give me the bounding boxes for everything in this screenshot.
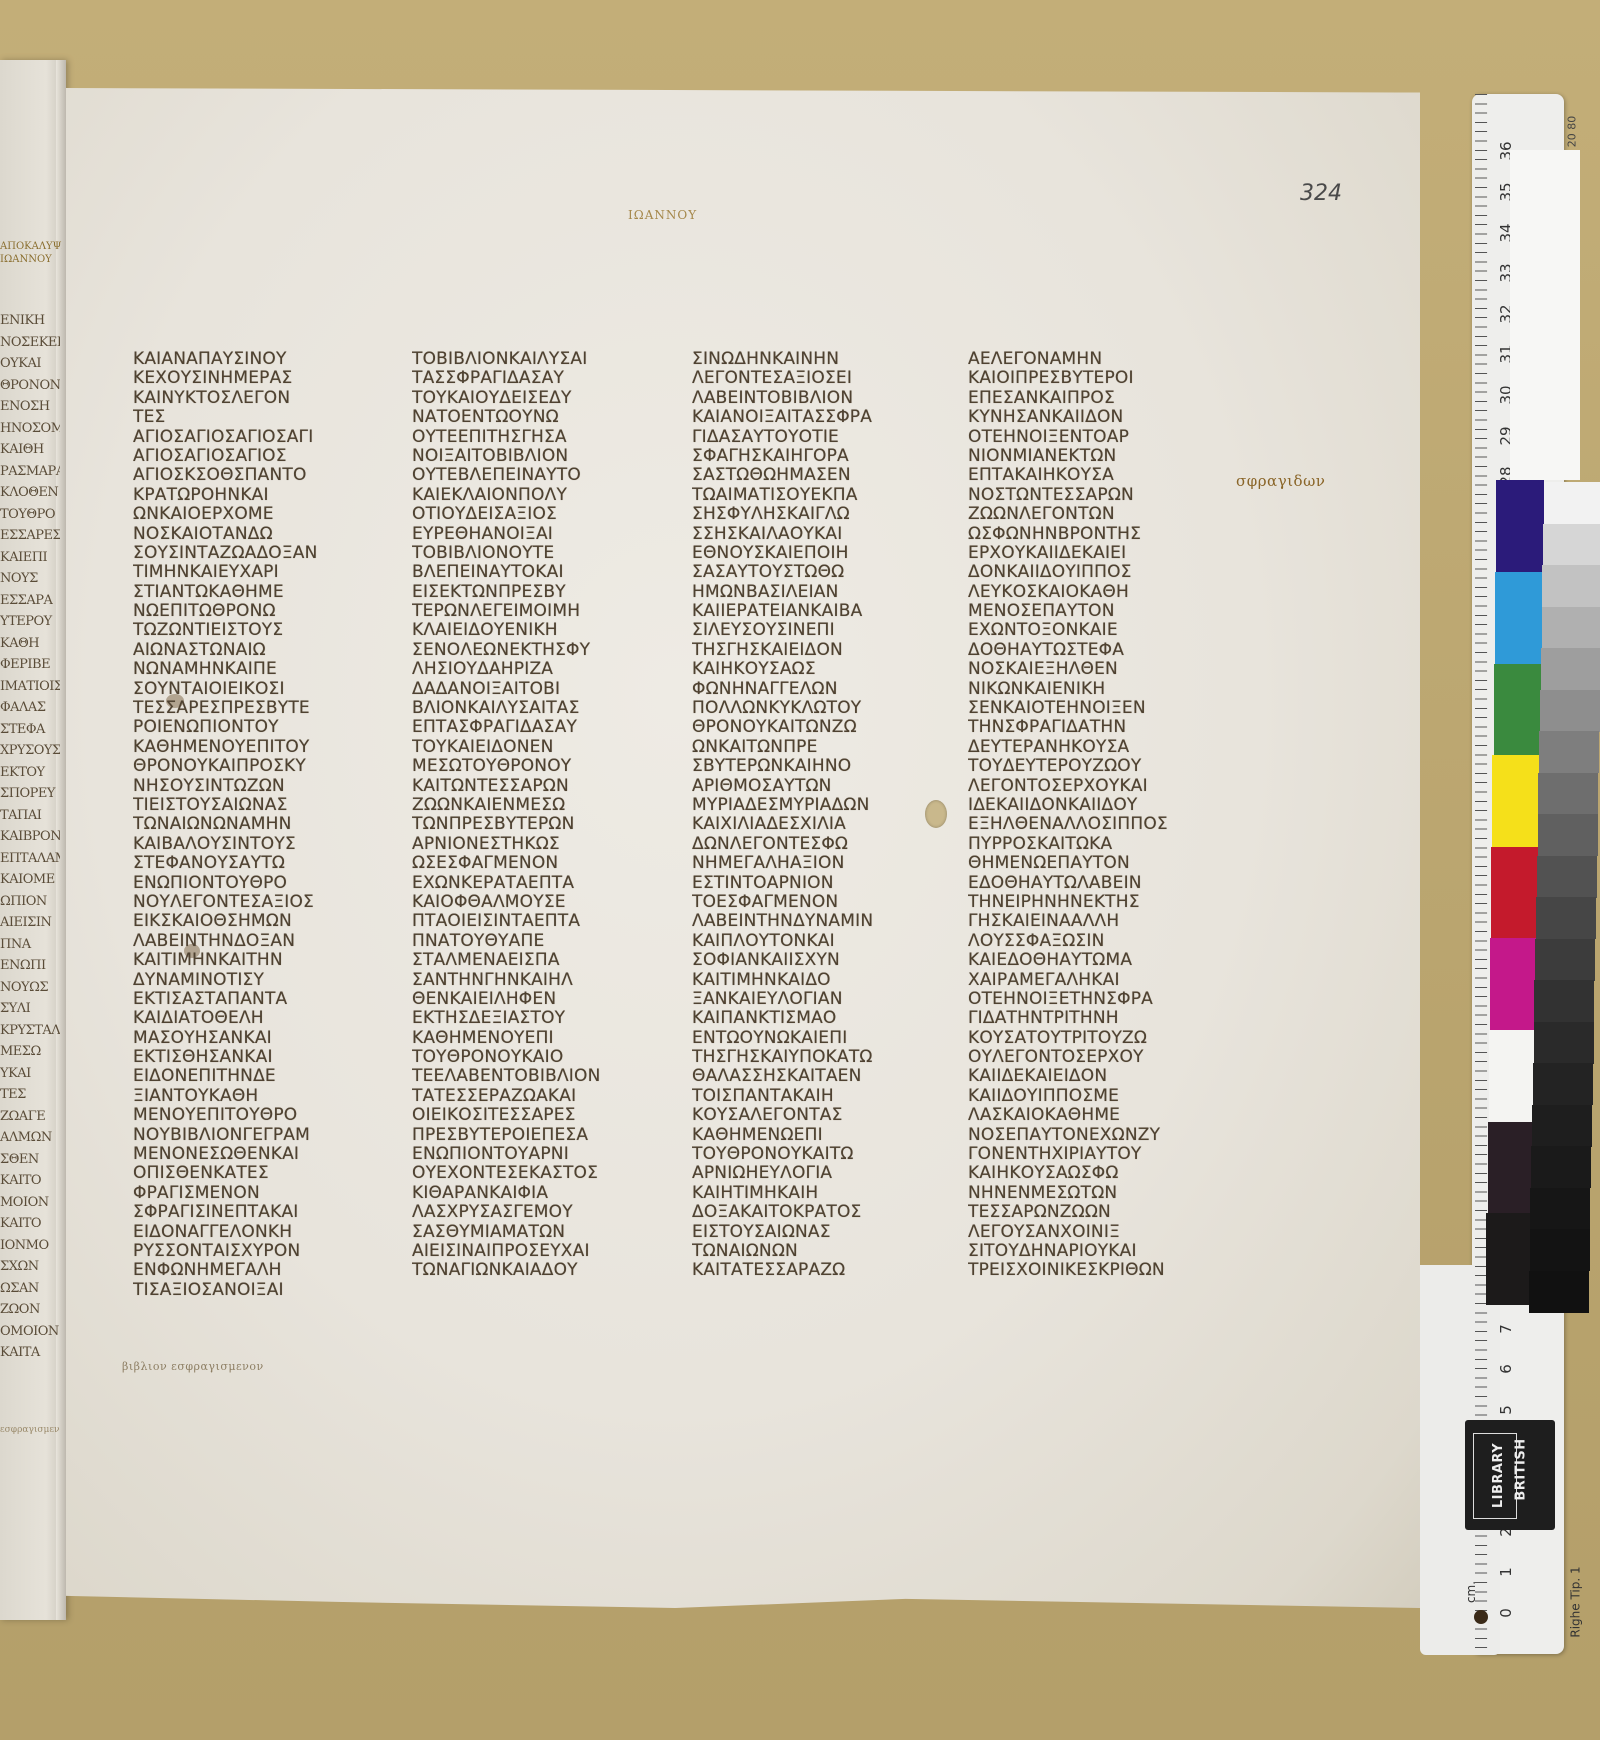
color-patch <box>1496 480 1544 572</box>
text-line: ΦΩΝΗΝΑΓΓΕΛΩΝ <box>692 680 932 699</box>
text-line: ΡΟΙΕΝΩΠΙΟΝΤΟΥ <box>133 718 363 737</box>
text-line: ΝΑΤΟΕΝΤΩΟΥΝΩ <box>412 408 652 427</box>
facing-text-line: ΦΑΛΑΣ <box>0 697 60 719</box>
text-line: ΕΚΤΗΣΔΕΞΙΑΣΤΟΥ <box>412 1009 652 1028</box>
text-line: ΜΕΣΩΤΟΥΘΡΟΝΟΥ <box>412 757 652 776</box>
gray-step <box>1529 1271 1589 1313</box>
facing-text-line: ΥΚΑΙ <box>0 1063 60 1085</box>
facing-text-line: ΘΡΟΝΟΝ <box>0 375 60 397</box>
text-line: ΚΑΙΟΦΘΑΛΜΟΥΣΕ <box>412 893 652 912</box>
text-column-3: ΣΙΝΩΔΗΝΚΑΙΝΗΝΛΕΓΟΝΤΕΣΑΞΙΟΣΕΙΛΑΒΕΙΝΤΟΒΙΒΛ… <box>692 350 932 1281</box>
text-line: ΚΑΙΙΕΡΑΤΕΙΑΝΚΑΙΒΑ <box>692 602 932 621</box>
facing-text-line: ΕΣΣΑΡΑ <box>0 590 60 612</box>
ruler-number: 0 <box>1497 1599 1515 1627</box>
text-line: ΤΩΑΙΜΑΤΙΣΟΥΕΚΠΑ <box>692 486 932 505</box>
text-line: ΣΙΛΕΥΣΟΥΣΙΝΕΠΙ <box>692 621 932 640</box>
text-line: ΤΩΝΑΙΩΝΩΝΑΜΗΝ <box>133 815 363 834</box>
text-line: ΔΕΥΤΕΡΑΝΗΚΟΥΣΑ <box>968 738 1208 757</box>
facing-text-line: ΚΑΙΤΟ <box>0 1213 60 1235</box>
color-patch <box>1491 847 1539 939</box>
text-line: ΕΧΩΝΚΕΡΑΤΑΕΠΤΑ <box>412 874 652 893</box>
ruler-corner-label: 20 80 <box>1565 116 1578 148</box>
text-line: ΟΥΤΕΕΠΙΤΗΣΓΗΣΑ <box>412 428 652 447</box>
text-line: ΚΑΙΝΥΚΤΟΣΛΕΓΟΝ <box>133 389 363 408</box>
text-line: ΚΑΙΤΑΤΕΣΣΑΡΑΖΩ <box>692 1261 932 1280</box>
facing-text-line: ΕΝΩΠΙ <box>0 955 60 977</box>
text-line: ΑΕΛΕΓΟΝΑΜΗΝ <box>968 350 1208 369</box>
facing-text-line: ΜΟΙΟΝ <box>0 1192 60 1214</box>
text-line: ΣΟΥΣΙΝΤΑΖΩΑΔΟΞΑΝ <box>133 544 363 563</box>
text-line: ΝΟΣΚΑΙΕΞΗΛΘΕΝ <box>968 660 1208 679</box>
text-line: ΕΝΦΩΝΗΜΕΓΑΛΗ <box>133 1261 363 1280</box>
facing-text-line: ΚΑΙΤΟ <box>0 1170 60 1192</box>
text-line: ΛΑΣΚΑΙΟΚΑΘΗΜΕ <box>968 1106 1208 1125</box>
text-line: ΣΤΕΦΑΝΟΥΣΑΥΤΩ <box>133 854 363 873</box>
text-line: ΔΥΝΑΜΙΝΟΤΙΣΥ <box>133 971 363 990</box>
secondary-ruler-label: Righe Tip. 1 <box>1569 1566 1583 1637</box>
gray-step <box>1540 690 1600 732</box>
text-line: ΚΑΙΧΙΛΙΑΔΕΣΧΙΛΙΑ <box>692 815 932 834</box>
facing-text-line: ΚΑΘΗ <box>0 633 60 655</box>
text-line: ΤΩΝΑΙΩΝΩΝ <box>692 1242 932 1261</box>
text-line: ΠΡΕΣΒΥΤΕΡΟΙΕΠΕΣΑ <box>412 1126 652 1145</box>
text-line: ΖΩΩΝΚΑΙΕΝΜΕΣΩ <box>412 796 652 815</box>
text-line: ΤΑΤΕΣΣΕΡΑΖΩΑΚΑΙ <box>412 1087 652 1106</box>
text-line: ΟΤΕΗΝΟΙΞΕΤΗΝΣΦΡΑ <box>968 990 1208 1009</box>
text-line: ΟΤΕΗΝΟΙΞΕΝΤΟΑΡ <box>968 428 1208 447</box>
text-line: ΣΦΑΓΗΣΚΑΙΗΓΟΡΑ <box>692 447 932 466</box>
facing-text-line: ΚΑΙΤΑ <box>0 1342 60 1364</box>
text-line: ΑΙΩΝΑΣΤΩΝΑΙΩ <box>133 641 363 660</box>
text-line: ΚΑΙΤΙΜΗΝΚΑΙΔΟ <box>692 971 932 990</box>
text-line: ΕΝΩΠΙΟΝΤΟΥΘΡΟ <box>133 874 363 893</box>
text-line: ΕΠΤΑΚΑΙΗΚΟΥΣΑ <box>968 466 1208 485</box>
text-line: ΣΟΦΙΑΝΚΑΙΙΣΧΥΝ <box>692 951 932 970</box>
facing-text-line: ΟΜΟΙΟΝ <box>0 1321 60 1343</box>
facing-text-line: ΑΙΕΙΣΙΝ <box>0 912 60 934</box>
text-line: ΝΗΣΟΥΣΙΝΤΩΖΩΝ <box>133 777 363 796</box>
text-line: ΝΙΟΝΜΙΑΝΕΚΤΩΝ <box>968 447 1208 466</box>
text-line: ΔΟΝΚΑΙΙΔΟΥΙΠΠΟΣ <box>968 563 1208 582</box>
facing-text-line: ΩΠΙΟΝ <box>0 891 60 913</box>
gray-step <box>1535 939 1595 981</box>
text-line: ΩΝΚΑΙΟΕΡΧΟΜΕ <box>133 505 363 524</box>
text-line: ΑΡΝΙΟΝΕΣΤΗΚΩΣ <box>412 835 652 854</box>
facing-text-line: ΕΝΙΚΗ <box>0 310 60 332</box>
text-line: ΑΓΙΟΣΑΓΙΟΣΑΓΙΟΣΑΓΙ <box>133 428 363 447</box>
text-line: ΚΟΥΣΑΤΟΥΤΡΙΤΟΥΖΩ <box>968 1029 1208 1048</box>
text-line: ΛΕΓΟΥΣΑΝΧΟΙΝΙΞ <box>968 1223 1208 1242</box>
text-line: ΜΕΝΟΣΕΠΑΥΤΟΝ <box>968 602 1208 621</box>
text-line: ΚΑΙΤΩΝΤΕΣΣΑΡΩΝ <box>412 777 652 796</box>
text-line: ΘΡΟΝΟΥΚΑΙΤΩΝΖΩ <box>692 718 932 737</box>
text-line: ΝΗΝΕΝΜΕΣΩΤΩΝ <box>968 1184 1208 1203</box>
text-line: ΤΟΥΚΑΙΟΥΔΕΙΣΕΔΥ <box>412 389 652 408</box>
text-line: ΤΗΣΓΗΣΚΑΙΕΙΔΟΝ <box>692 641 932 660</box>
text-line: ΘΡΟΝΟΥΚΑΙΠΡΟΣΚΥ <box>133 757 363 776</box>
text-line: ΝΟΣΕΠΑΥΤΟΝΕΧΩΝΖΥ <box>968 1126 1208 1145</box>
text-line: ΕΙΚΣΚΑΙΟΘΣΗΜΩΝ <box>133 912 363 931</box>
text-line: ΕΙΔΟΝΕΠΙΤΗΝΔΕ <box>133 1067 363 1086</box>
text-line: ΝΟΣΚΑΙΟΤΑΝΔΩ <box>133 525 363 544</box>
text-line: ΕΙΣΕΚΤΩΝΠΡΕΣΒΥ <box>412 583 652 602</box>
facing-text-line: ΕΝΟΣΗ <box>0 396 60 418</box>
text-line: ΕΧΩΝΤΟΞΟΝΚΑΙΕ <box>968 621 1208 640</box>
text-line: ΚΑΙΤΙΜΗΝΚΑΙΤΗΝ <box>133 951 363 970</box>
text-line: ΑΓΙΟΣΑΓΙΟΣΑΓΙΟΣ <box>133 447 363 466</box>
gray-step <box>1534 980 1594 1022</box>
gray-step <box>1541 648 1600 690</box>
text-line: ΕΥΡΕΘΗΑΝΟΙΞΑΙ <box>412 525 652 544</box>
gray-step <box>1542 565 1600 607</box>
text-line: ΑΙΕΙΣΙΝΑΙΠΡΟΣΕΥΧΑΙ <box>412 1242 652 1261</box>
gray-step <box>1530 1229 1590 1271</box>
facing-text-line: ΜΕΣΩ <box>0 1041 60 1063</box>
text-line: ΣΑΝΤΗΝΓΗΝΚΑΙΗΛ <box>412 971 652 990</box>
text-line: ΣΕΝΟΛΕΩΝΕΚΤΗΣΦΥ <box>412 641 652 660</box>
text-line: ΚΑΙΕΚΛΑΙΟΝΠΟΛΥ <box>412 486 652 505</box>
text-line: ΛΕΓΟΝΤΟΣΕΡΧΟΥΚΑΙ <box>968 777 1208 796</box>
text-line: ΚΡΑΤΩΡΟΗΝΚΑΙ <box>133 486 363 505</box>
text-line: ΛΑΣΧΡΥΣΑΣΓΕΜΟΥ <box>412 1203 652 1222</box>
text-line: ΚΑΘΗΜΕΝΟΥΕΠΙ <box>412 1029 652 1048</box>
text-line: ΚΙΘΑΡΑΝΚΑΙΦΙΑ <box>412 1184 652 1203</box>
text-line: ΔΑΔΑΝΟΙΞΑΙΤΟΒΙ <box>412 680 652 699</box>
text-line: ΤΕΡΩΝΛΕΓΕΙΜΟΙΜΗ <box>412 602 652 621</box>
text-line: ΣΤΑΛΜΕΝΑΕΙΣΠΑ <box>412 951 652 970</box>
gray-step <box>1542 607 1600 649</box>
text-line: ΒΛΙΟΝΚΑΙΛΥΣΑΙΤΑΣ <box>412 699 652 718</box>
gray-step <box>1539 731 1599 773</box>
text-line: ΣΟΥΝΤΑΙΟΙΕΙΚΟΣΙ <box>133 680 363 699</box>
gray-step <box>1531 1146 1591 1188</box>
text-line: ΚΑΙΑΝΟΙΞΑΙΤΑΣΣΦΡΑ <box>692 408 932 427</box>
text-line: ΕΠΕΣΑΝΚΑΙΠΡΟΣ <box>968 389 1208 408</box>
text-line: ΚΑΙΔΙΑΤΟΘΕΛΗ <box>133 1009 363 1028</box>
facing-text-line: ΝΟΥΣ <box>0 568 60 590</box>
facing-page: ΑΠΟΚΑΛΥΨΙΣ ΙΩΑΝΝΟΥ ΕΝΙΚΗΝΟΣΕΚΕΙΟΥΚΑΙΘΡΟΝ… <box>0 60 66 1620</box>
facing-text-line: ΕΚΤΟΥ <box>0 762 60 784</box>
facing-text-line: ΗΝΟΣΟΜΟ <box>0 418 60 440</box>
text-line: ΝΟΙΞΑΙΤΟΒΙΒΛΙΟΝ <box>412 447 652 466</box>
text-line: ΤΩΝΑΓΙΩΝΚΑΙΑΔΟΥ <box>412 1261 652 1280</box>
facing-text-line: ΚΡΥΣΤΑΛ <box>0 1020 60 1042</box>
text-line: ΧΑΙΡΑΜΕΓΑΛΗΚΑΙ <box>968 971 1208 990</box>
facing-text-line: ΩΣΑΝ <box>0 1278 60 1300</box>
text-line: ΚΑΙΙΔΟΥΙΠΠΟΣΜΕ <box>968 1087 1208 1106</box>
text-column-1: ΚΑΙΑΝΑΠΑΥΣΙΝΟΥΚΕΧΟΥΣΙΝΗΜΕΡΑΣΚΑΙΝΥΚΤΟΣΛΕΓ… <box>133 350 363 1300</box>
facing-text-line: ΚΛΟΘΕΝ <box>0 482 60 504</box>
text-line: ΕΔΟΘΗΑΥΤΩΛΑΒΕΙΝ <box>968 874 1208 893</box>
text-line: ΞΙΑΝΤΟΥΚΑΘΗ <box>133 1087 363 1106</box>
text-line: ΗΜΩΝΒΑΣΙΛΕΙΑΝ <box>692 583 932 602</box>
text-line: ΣΣΗΣΚΑΙΛΑΟΥΚΑΙ <box>692 525 932 544</box>
text-line: ΠΥΡΡΟΣΚΑΙΤΩΚΑ <box>968 835 1208 854</box>
text-line: ΝΟΣΤΩΝΤΕΣΣΑΡΩΝ <box>968 486 1208 505</box>
facing-text-line: ΥΤΕΡΟΥ <box>0 611 60 633</box>
text-line: ΚΑΘΗΜΕΝΟΥΕΠΙΤΟΥ <box>133 738 363 757</box>
facing-text-line: ΤΑΠΑΙ <box>0 805 60 827</box>
text-line: ΕΝΤΩΟΥΝΩΚΑΙΕΠΙ <box>692 1029 932 1048</box>
white-reference-strip <box>1510 150 1580 480</box>
facing-text-line: ΙΟΝΜΟ <box>0 1235 60 1257</box>
text-line: ΜΕΝΟΝΕΣΩΘΕΝΚΑΙ <box>133 1145 363 1164</box>
facing-text-line: ΤΟΥΘΡΟ <box>0 504 60 526</box>
facing-text-line: ΣΧΩΝ <box>0 1256 60 1278</box>
gray-step <box>1538 814 1598 856</box>
text-line: ΜΥΡΙΑΔΕΣΜΥΡΙΑΔΩΝ <box>692 796 932 815</box>
text-line: ΚΑΙΒΑΛΟΥΣΙΝΤΟΥΣ <box>133 835 363 854</box>
facing-text-line: ΣΥΛΙ <box>0 998 60 1020</box>
text-line: ΤΙΣΑΞΙΟΣΑΝΟΙΞΑΙ <box>133 1281 363 1300</box>
text-line: ΤΟΥΘΡΟΝΟΥΚΑΙΟ <box>412 1048 652 1067</box>
text-line: ΤΙΜΗΝΚΑΙΕΥΧΑΡΙ <box>133 563 363 582</box>
facing-text-line: ΙΜΑΤΙΟΙΣ <box>0 676 60 698</box>
facing-text-line: ΕΠΤΑΛΑΜ <box>0 848 60 870</box>
text-line: ΝΟΥΛΕΓΟΝΤΕΣΑΞΙΟΣ <box>133 893 363 912</box>
text-line: ΑΡΝΙΩΗΕΥΛΟΓΙΑ <box>692 1164 932 1183</box>
text-column-2: ΤΟΒΙΒΛΙΟΝΚΑΙΛΥΣΑΙΤΑΣΣΦΡΑΓΙΔΑΣΑΥΤΟΥΚΑΙΟΥΔ… <box>412 350 652 1281</box>
text-line: ΤΗΝΣΦΡΑΓΙΔΑΤΗΝ <box>968 718 1208 737</box>
text-line: ΞΑΝΚΑΙΕΥΛΟΓΙΑΝ <box>692 990 932 1009</box>
text-line: ΤΟΥΘΡΟΝΟΥΚΑΙΤΩ <box>692 1145 932 1164</box>
facing-text-line: ΝΟΣΕΚΕΙ <box>0 332 60 354</box>
tag-text-library: LIBRARY <box>1491 1443 1506 1508</box>
text-line: ΣΙΝΩΔΗΝΚΑΙΝΗΝ <box>692 350 932 369</box>
text-line: ΓΟΝΕΝΤΗΧΙΡΙΑΥΤΟΥ <box>968 1145 1208 1164</box>
gray-step <box>1544 482 1600 524</box>
footnote-annotation: βιβλιον εσφραγισμενον <box>122 1360 264 1373</box>
text-line: ΤΕΕΛΑΒΕΝΤΟΒΙΒΛΙΟΝ <box>412 1067 652 1086</box>
text-line: ΩΣΕΣΦΑΓΜΕΝΟΝ <box>412 854 652 873</box>
text-line: ΝΟΥΒΙΒΛΙΟΝΓΕΓΡΑΜ <box>133 1126 363 1145</box>
text-line: ΟΙΕΙΚΟΣΙΤΕΣΣΑΡΕΣ <box>412 1106 652 1125</box>
text-line: ΕΞΗΛΘΕΝΑΛΛΟΣΙΠΠΟΣ <box>968 815 1208 834</box>
text-line: ΛΑΒΕΙΝΤΗΝΔΟΞΑΝ <box>133 932 363 951</box>
margin-annotation: σφραγιδων <box>1236 472 1325 490</box>
text-line: ΤΙΕΙΣΤΟΥΣΑΙΩΝΑΣ <box>133 796 363 815</box>
facing-text-line: ΝΟΥΩΣ <box>0 977 60 999</box>
facing-text-line: ΤΕΣ <box>0 1084 60 1106</box>
color-patch <box>1489 1030 1537 1122</box>
text-line: ΤΗΣΓΗΣΚΑΙΥΠΟΚΑΤΩ <box>692 1048 932 1067</box>
text-line: ΑΓΙΟΣΚΣΟΘΣΠΑΝΤΟ <box>133 466 363 485</box>
ruler-number: 7 <box>1497 1315 1515 1343</box>
facing-text-line: ΠΝΑ <box>0 934 60 956</box>
text-line: ΤΡΕΙΣΧΟΙΝΙΚΕΣΚΡΙΘΩΝ <box>968 1261 1208 1280</box>
ruler-hole <box>1474 1610 1488 1624</box>
text-line: ΜΑΣΟΥΗΣΑΝΚΑΙ <box>133 1029 363 1048</box>
text-line: ΚΑΙΙΔΕΚΑΙΕΙΔΟΝ <box>968 1067 1208 1086</box>
facing-text-line: ΣΤΕΦΑ <box>0 719 60 741</box>
facing-text-line: ΣΠΟΡΕΥ <box>0 783 60 805</box>
text-line: ΕΝΩΠΙΟΝΤΟΥΑΡΝΙ <box>412 1145 652 1164</box>
text-line: ΛΑΒΕΙΝΤΟΒΙΒΛΙΟΝ <box>692 389 932 408</box>
gray-step <box>1537 856 1597 898</box>
text-line: ΣΕΝΚΑΙΟΤΕΗΝΟΙΞΕΝ <box>968 699 1208 718</box>
running-title: ΙΩΑΝΝΟΥ <box>628 208 697 222</box>
color-patch <box>1486 1213 1534 1305</box>
gray-step <box>1533 1063 1593 1105</box>
gray-step <box>1532 1105 1592 1147</box>
text-line: ΚΑΙΗΤΙΜΗΚΑΙΗ <box>692 1184 932 1203</box>
color-patch <box>1495 572 1543 664</box>
color-patch <box>1488 1122 1536 1214</box>
facing-text-line: ΡΑΣΜΑΡΑ <box>0 461 60 483</box>
text-line: ΙΔΕΚΑΙΙΔΟΝΚΑΙΙΔΟΥ <box>968 796 1208 815</box>
text-line: ΛΑΒΕΙΝΤΗΝΔΥΝΑΜΙΝ <box>692 912 932 931</box>
text-line: ΤΕΣ <box>133 408 363 427</box>
text-line: ΝΗΜΕΓΑΛΗΑΞΙΟΝ <box>692 854 932 873</box>
color-patch <box>1490 938 1538 1030</box>
text-line: ΕΘΝΟΥΣΚΑΙΕΠΟΙΗ <box>692 544 932 563</box>
text-line: ΟΥΕΧΟΝΤΕΣΕΚΑΣΤΟΣ <box>412 1164 652 1183</box>
text-line: ΑΡΙΘΜΟΣΑΥΤΩΝ <box>692 777 932 796</box>
facing-text-line: ΖΩΟΝ <box>0 1299 60 1321</box>
text-line: ΕΙΣΤΟΥΣΑΙΩΝΑΣ <box>692 1223 932 1242</box>
text-line: ΔΟΘΗΑΥΤΩΣΤΕΦΑ <box>968 641 1208 660</box>
text-line: ΜΕΝΟΥΕΠΙΤΟΥΘΡΟ <box>133 1106 363 1125</box>
text-line: ΩΣΦΩΝΗΝΒΡΟΝΤΗΣ <box>968 525 1208 544</box>
text-line: ΣΑΣΘΥΜΙΑΜΑΤΩΝ <box>412 1223 652 1242</box>
facing-text-line: ΚΑΙΕΠΙ <box>0 547 60 569</box>
facing-text-line: ΦΕΡΙΒΕ <box>0 654 60 676</box>
text-line: ΒΛΕΠΕΙΝΑΥΤΟΚΑΙ <box>412 563 652 582</box>
text-line: ΕΡΧΟΥΚΑΙΙΔΕΚΑΙΕΙ <box>968 544 1208 563</box>
text-line: ΘΕΝΚΑΙΕΙΛΗΦΕΝ <box>412 990 652 1009</box>
text-line: ΓΙΔΑΣΑΥΤΟΥΟΤΙΕ <box>692 428 932 447</box>
text-line: ΣΤΙΑΝΤΩΚΑΘΗΜΕ <box>133 583 363 602</box>
text-line: ΡΥΣΣΟΝΤΑΙΣΧΥΡΟΝ <box>133 1242 363 1261</box>
text-line: ΣΑΣΑΥΤΟΥΣΤΩΘΩ <box>692 563 932 582</box>
color-patch <box>1494 664 1542 756</box>
text-line: ΟΥΛΕΓΟΝΤΟΣΕΡΧΟΥ <box>968 1048 1208 1067</box>
text-line: ΟΠΙΣΘΕΝΚΑΤΕΣ <box>133 1164 363 1183</box>
facing-text-line: ΕΣΣΑΡΕΣ <box>0 525 60 547</box>
facing-text-line: ΚΑΙΟΜΕ <box>0 869 60 891</box>
ruler-number: 6 <box>1497 1355 1515 1383</box>
ruler-number: 1 <box>1497 1558 1515 1586</box>
gray-step <box>1534 1022 1594 1064</box>
text-line: ΛΟΥΣΣΦΑΞΩΣΙΝ <box>968 932 1208 951</box>
facing-text-line: ΧΡΥΣΟΥΣ <box>0 740 60 762</box>
text-line: ΚΑΙΗΚΟΥΣΑΩΣ <box>692 660 932 679</box>
text-line: ΤΑΣΣΦΡΑΓΙΔΑΣΑΥ <box>412 369 652 388</box>
text-line: ΤΗΝΕΙΡΗΝΗΝΕΚΤΗΣ <box>968 893 1208 912</box>
text-line: ΤΕΣΣΑΡΕΣΠΡΕΣΒΥΤΕ <box>133 699 363 718</box>
text-line: ΤΟΒΙΒΛΙΟΝΟΥΤΕ <box>412 544 652 563</box>
text-line: ΩΝΚΑΙΤΩΝΠΡΕ <box>692 738 932 757</box>
text-line: ΟΥΤΕΒΛΕΠΕΙΝΑΥΤΟ <box>412 466 652 485</box>
facing-text-line: ΚΑΙΘΗ <box>0 439 60 461</box>
text-line: ΤΩΝΠΡΕΣΒΥΤΕΡΩΝ <box>412 815 652 834</box>
facing-text-line: ΚΑΙΒΡΟΝ <box>0 826 60 848</box>
text-line: ΤΟΒΙΒΛΙΟΝΚΑΙΛΥΣΑΙ <box>412 350 652 369</box>
facing-page-footnote: εσφραγισμενον <box>0 1425 60 1435</box>
facing-page-rubric: ΑΠΟΚΑΛΥΨΙΣ ΙΩΑΝΝΟΥ <box>0 240 62 266</box>
text-line: ΚΕΧΟΥΣΙΝΗΜΕΡΑΣ <box>133 369 363 388</box>
text-line: ΝΩΝΑΜΗΝΚΑΙΠΕ <box>133 660 363 679</box>
text-line: ΚΑΙΠΑΝΚΤΙΣΜΑΟ <box>692 1009 932 1028</box>
text-line: ΕΚΤΙΣΘΗΣΑΝΚΑΙ <box>133 1048 363 1067</box>
facing-text-line: ΑΛΜΩΝ <box>0 1127 60 1149</box>
text-line: ΤΩΖΩΝΤΙΕΙΣΤΟΥΣ <box>133 621 363 640</box>
text-line: ΣΒΥΤΕΡΩΝΚΑΙΗΝΟ <box>692 757 932 776</box>
gray-step <box>1530 1188 1590 1230</box>
text-line: ΚΑΘΗΜΕΝΩΕΠΙ <box>692 1126 932 1145</box>
facing-page-text: ΕΝΙΚΗΝΟΣΕΚΕΙΟΥΚΑΙΘΡΟΝΟΝΕΝΟΣΗΗΝΟΣΟΜΟΚΑΙΘΗ… <box>0 310 60 1364</box>
text-line: ΕΠΤΑΣΦΡΑΓΙΔΑΣΑΥ <box>412 718 652 737</box>
text-line: ΣΙΤΟΥΔΗΝΑΡΙΟΥΚΑΙ <box>968 1242 1208 1261</box>
text-line: ΘΑΛΑΣΣΗΣΚΑΙΤΑΕΝ <box>692 1067 932 1086</box>
text-line: ΔΟΞΑΚΑΙΤΟΚΡΑΤΟΣ <box>692 1203 932 1222</box>
tag-text-british: BRITISH <box>1514 1438 1529 1500</box>
text-line: ΝΙΚΩΝΚΑΙΕΝΙΚΗ <box>968 680 1208 699</box>
text-line: ΛΗΣΙΟΥΔΑΗΡΙΖΑ <box>412 660 652 679</box>
text-line: ΖΩΩΝΛΕΓΟΝΤΩΝ <box>968 505 1208 524</box>
text-line: ΚΥΝΗΣΑΝΚΑΙΙΔΟΝ <box>968 408 1208 427</box>
folio-number: 324 <box>1300 181 1342 206</box>
text-line: ΔΩΝΛΕΓΟΝΤΕΣΦΩ <box>692 835 932 854</box>
text-line: ΣΗΣΦΥΛΗΣΚΑΙΓΛΩ <box>692 505 932 524</box>
text-line: ΕΚΤΙΣΑΣΤΑΠΑΝΤΑ <box>133 990 363 1009</box>
text-line: ΛΕΥΚΟΣΚΑΙΟΚΑΘΗ <box>968 583 1208 602</box>
gray-step <box>1536 897 1596 939</box>
gray-step <box>1538 773 1598 815</box>
text-line: ΕΣΤΙΝΤΟΑΡΝΙΟΝ <box>692 874 932 893</box>
text-line: ΚΟΥΣΑΛΕΓΟΝΤΑΣ <box>692 1106 932 1125</box>
text-line: ΠΤΑΟΙΕΙΣΙΝΤΑΕΠΤΑ <box>412 912 652 931</box>
text-line: ΤΟΥΚΑΙΕΙΔΟΝΕΝ <box>412 738 652 757</box>
text-line: ΟΤΙΟΥΔΕΙΣΑΞΙΟΣ <box>412 505 652 524</box>
text-line: ΚΑΙΕΔΟΘΗΑΥΤΩΜΑ <box>968 951 1208 970</box>
text-line: ΤΟΙΣΠΑΝΤΑΚΑΙΗ <box>692 1087 932 1106</box>
text-line: ΓΙΔΑΤΗΝΤΡΙΤΗΝΗ <box>968 1009 1208 1028</box>
text-line: ΠΟΛΛΩΝΚΥΚΛΩΤΟΥ <box>692 699 932 718</box>
text-line: ΚΛΑΙΕΙΔΟΥΕΝΙΚΗ <box>412 621 652 640</box>
gray-step <box>1543 524 1600 566</box>
text-line: ΚΑΙΗΚΟΥΣΑΩΣΦΩ <box>968 1164 1208 1183</box>
text-line: ΣΦΡΑΓΙΣΙΝΕΠΤΑΚΑΙ <box>133 1203 363 1222</box>
facing-text-line: ΟΥΚΑΙ <box>0 353 60 375</box>
text-column-4: ΑΕΛΕΓΟΝΑΜΗΝΚΑΙΟΙΠΡΕΣΒΥΤΕΡΟΙΕΠΕΣΑΝΚΑΙΠΡΟΣ… <box>968 350 1208 1281</box>
text-line: ΚΑΙΑΝΑΠΑΥΣΙΝΟΥ <box>133 350 363 369</box>
facing-text-line: ΖΩΑΓΕ <box>0 1106 60 1128</box>
text-line: ΚΑΙΠΛΟΥΤΟΝΚΑΙ <box>692 932 932 951</box>
text-line: ΘΗΜΕΝΩΕΠΑΥΤΟΝ <box>968 854 1208 873</box>
text-line: ΚΑΙΟΙΠΡΕΣΒΥΤΕΡΟΙ <box>968 369 1208 388</box>
ruler-unit-label: cm. <box>1464 1581 1478 1603</box>
text-line: ΤΟΕΣΦΑΓΜΕΝΟΝ <box>692 893 932 912</box>
text-line: ΤΟΥΔΕΥΤΕΡΟΥΖΩΟΥ <box>968 757 1208 776</box>
text-line: ΓΗΣΚΑΙΕΙΝΑΑΛΛΗ <box>968 912 1208 931</box>
text-line: ΤΕΣΣΑΡΩΝΖΩΩΝ <box>968 1203 1208 1222</box>
color-patch <box>1492 755 1540 847</box>
text-line: ΝΩΕΠΙΤΩΘΡΟΝΩ <box>133 602 363 621</box>
text-line: ΠΝΑΤΟΥΘΥΑΠΕ <box>412 932 652 951</box>
text-line: ΦΡΑΓΙΣΜΕΝΟΝ <box>133 1184 363 1203</box>
text-line: ΕΙΔΟΝΑΓΓΕΛΟΝΚΗ <box>133 1223 363 1242</box>
text-line: ΣΑΣΤΩΘΩΗΜΑΣΕΝ <box>692 466 932 485</box>
text-line: ΛΕΓΟΝΤΕΣΑΞΙΟΣΕΙ <box>692 369 932 388</box>
facing-text-line: ΣΘΕΝ <box>0 1149 60 1171</box>
